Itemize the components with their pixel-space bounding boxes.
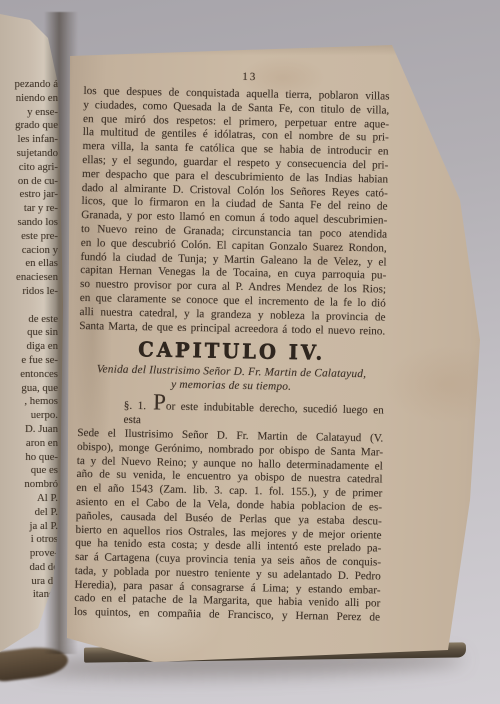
section-mark: §. 1. [124, 400, 147, 412]
raised-initial: P [153, 390, 166, 415]
paragraph-2: §. 1.Por este indubitable derecho, suced… [74, 399, 384, 625]
book-photo: pezando ániendo eny ense-grado queles in… [0, 0, 500, 704]
chapter-heading: CAPITULO IV. [79, 342, 385, 362]
right-page-text: 13 los que despues de conquistada aquell… [74, 68, 390, 626]
chapter-subtitle: Venida del Ilustrisimo Señor D. Fr. Mart… [78, 363, 384, 396]
right-page: 13 los que despues de conquistada aquell… [58, 40, 490, 666]
paragraph-1: los que despues de conquistada aquella t… [79, 85, 389, 339]
paragraph-2-lines: Sede el Ilustrisimo Señor D. Fr. Martin … [74, 427, 383, 626]
